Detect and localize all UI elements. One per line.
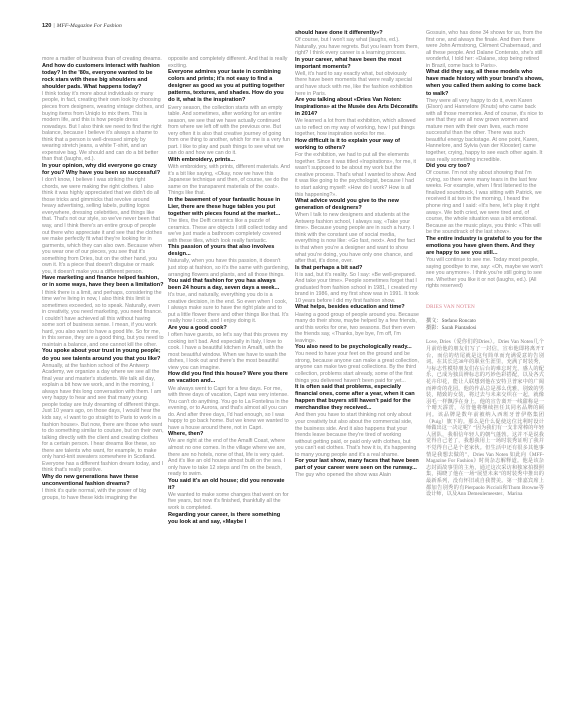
interview-question: You said it's an old house; did you reno… bbox=[168, 478, 290, 492]
interview-answer: Every season, the collection starts with… bbox=[168, 105, 290, 157]
chinese-credits: 撰文：Stefano Roncato 摄影：Sarah Piantadosi bbox=[426, 318, 544, 331]
interview-answer: We always went to Capri for a few days. … bbox=[168, 386, 290, 432]
column-2: opposite and completely different. And t… bbox=[168, 56, 290, 526]
interview-question: In your career, what have been the most … bbox=[295, 57, 419, 71]
interview-question: How difficult is it to explain your way … bbox=[295, 138, 419, 152]
interview-question: This passion of yours that also involves… bbox=[168, 244, 290, 258]
credit-writer: 撰文：Stefano Roncato bbox=[426, 318, 544, 325]
interview-question: Everyone admires your taste in combining… bbox=[168, 69, 290, 104]
interview-answer: I often have guests, so let's say that t… bbox=[168, 332, 290, 371]
interview-answer: more a matter of business than of creati… bbox=[42, 56, 164, 63]
interview-answer: opposite and completely different. And t… bbox=[168, 56, 290, 69]
interview-question: What advice would you give to the new ge… bbox=[295, 198, 419, 212]
interview-question: Regarding your career, is there somethin… bbox=[168, 512, 290, 526]
interview-answer: It is sad, but it's reality. So I say: «… bbox=[295, 272, 419, 305]
interview-question: The entire industry is grateful to you f… bbox=[426, 236, 544, 257]
interview-question: should have done it differently»? bbox=[295, 30, 419, 37]
interview-question: In your opinion, why did everyone go cra… bbox=[42, 163, 164, 177]
interview-answer: Of course, but I won't say what (laughs,… bbox=[295, 37, 419, 57]
interview-question: You spoke about your trust in young peop… bbox=[42, 348, 164, 362]
interview-answer: Having a good group of people around you… bbox=[295, 312, 419, 345]
interview-answer: They were all very happy to do it, even … bbox=[426, 98, 544, 163]
interview-answer: Annually, at the fashion school of the A… bbox=[42, 363, 164, 474]
interview-answer: Of course. I'm not shy about showing tha… bbox=[426, 170, 544, 235]
interview-question: Did you cry too? bbox=[426, 163, 544, 170]
interview-answer: You need to have your feet on the ground… bbox=[295, 351, 419, 384]
interview-question: Where, then? bbox=[168, 431, 290, 438]
column-3: should have done it differently»?Of cour… bbox=[295, 30, 419, 479]
interview-answer: It's true, and naturally, everything you… bbox=[168, 292, 290, 325]
interview-answer: For the exhibition, we had to put all th… bbox=[295, 152, 419, 198]
interview-answer: You will continue to see me. Today most … bbox=[426, 257, 544, 290]
interview-question: Have marketing and finance helped fashio… bbox=[42, 275, 164, 289]
interview-answer: We wanted to make some changes that went… bbox=[168, 492, 290, 512]
interview-question: Why do new generations have these unconv… bbox=[42, 474, 164, 488]
interview-question: What did they say, all these models who … bbox=[426, 69, 544, 97]
interview-answer: Well, it's hard to say exactly what, but… bbox=[295, 71, 419, 97]
interview-question: You said that fashion for you has always… bbox=[168, 278, 290, 292]
column-4: Gossuin, who has done 34 shows for us, f… bbox=[426, 30, 544, 498]
interview-question: In the basement of your fantastic house … bbox=[168, 197, 290, 218]
interview-answer: We are right at the end of the Amalfi Co… bbox=[168, 438, 290, 477]
interview-question: Is that perhaps a bit sad? bbox=[295, 265, 419, 272]
chinese-section-title: DRIES VAN NOTEN bbox=[426, 304, 544, 311]
header-separator: | bbox=[53, 23, 54, 29]
interview-answer: I think it's quite normal, with the powe… bbox=[42, 488, 164, 501]
chinese-body-text: Love, Dries（爱你们的Dries）。Dries Van Noten几个… bbox=[426, 339, 544, 497]
interview-question: For your last show, many faces that have… bbox=[295, 458, 419, 472]
interview-answer: Naturally, when you have this passion, i… bbox=[168, 258, 290, 278]
interview-question: You also need to be psychologically read… bbox=[295, 344, 419, 351]
interview-answer: And then you have to start thinking not … bbox=[295, 412, 419, 458]
interview-answer: With embroidery, with prints, different … bbox=[168, 164, 290, 197]
credit-photographer: 摄影：Sarah Piantadosi bbox=[426, 325, 544, 332]
interview-answer: When I talk to new designers and student… bbox=[295, 212, 419, 264]
interview-answer: The guy who opened the show was Alain bbox=[295, 472, 419, 479]
interview-answer: The tiles, the Delft ceramics like a puz… bbox=[168, 218, 290, 244]
interview-question: What helps, besides education and time? bbox=[295, 304, 419, 311]
interview-question: Are you talking about «Dries Van Noten: … bbox=[295, 97, 419, 118]
interview-answer: I don't know, I believe I was striking t… bbox=[42, 177, 164, 275]
interview-question: Are you a good cook? bbox=[168, 325, 290, 332]
page-header: 120|MFF-Magazine For Fashion bbox=[42, 23, 122, 29]
interview-question: It is often said that problems, especial… bbox=[295, 384, 419, 412]
interview-question: And how do customers interact with fashi… bbox=[42, 63, 164, 91]
interview-answer: Gossuin, who has done 34 shows for us, f… bbox=[426, 30, 544, 69]
column-1: more a matter of business than of creati… bbox=[42, 56, 164, 501]
interview-answer: I think there is a limit, and perhaps, c… bbox=[42, 290, 164, 349]
magazine-name: MFF-Magazine For Fashion bbox=[57, 23, 122, 29]
interview-answer: We learned a lot from that exhibition, w… bbox=[295, 118, 419, 138]
interview-question: With embroidery, prints... bbox=[168, 157, 290, 164]
interview-answer: I think today it's more about individual… bbox=[42, 91, 164, 163]
interview-question: How did you find this house? Were you th… bbox=[168, 371, 290, 385]
page-number: 120 bbox=[42, 23, 51, 29]
